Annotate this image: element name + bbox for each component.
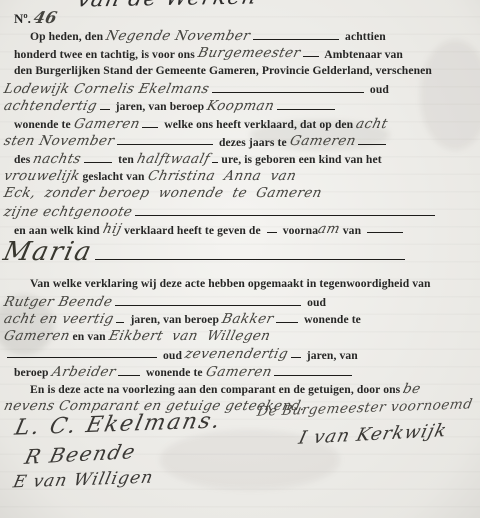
signature-burgemeester: I van Kerkwijk [297, 420, 450, 449]
handwritten-text: am [316, 221, 342, 239]
printed-text: jaren, van beroep [127, 313, 222, 326]
document-line: Eck, zonder beroep wonende te Gameren [0, 184, 480, 202]
blank-rule [358, 132, 386, 146]
document-line: beroep Arbeider wonende te Gameren [0, 362, 480, 380]
clipped-previous-entry-text: van de Werken [75, 0, 259, 13]
printed-text: den Burgerlijken Stand der Gemeente Game… [14, 64, 432, 77]
printed-text: van [340, 223, 364, 236]
document-line: Gameren en van Eikbert van Willegen [0, 327, 480, 345]
handwritten-text: Arbeider [50, 364, 117, 382]
blank-rule [135, 202, 435, 216]
printed-text: verklaard heeft te geven de [121, 223, 264, 236]
handwritten-text: Koopman [205, 98, 276, 116]
handwritten-text: zijne echtgenoote [2, 204, 134, 222]
handwritten-text: Gameren [288, 133, 358, 151]
handwritten-text: zevenendertig [183, 346, 290, 364]
signature-declarant: L. C. Ekelmans. [12, 408, 224, 440]
signature-witness-2: E van Willigen [11, 468, 155, 493]
blank-rule [118, 362, 140, 376]
handwritten-text: Eck, zonder beroep wonende te Gameren [2, 185, 324, 203]
printed-text: geslacht van [79, 170, 147, 183]
handwritten-text: Christina Anna van [146, 168, 298, 186]
blank-rule [115, 292, 301, 306]
handwritten-text: Rutger Beende [2, 294, 114, 312]
document-line: achtendertig jaren, van beroep Koopman [0, 96, 480, 114]
printed-text: voorna [280, 223, 318, 236]
blank-rule [303, 44, 319, 58]
blank-rule [142, 114, 158, 128]
blank-rule [367, 220, 403, 234]
printed-text: En is deze acte na voorlezing aan den co… [30, 383, 403, 396]
document-line: Maria [0, 237, 480, 267]
handwritten-text: Gameren [72, 116, 142, 134]
document-line: acht en veertig jaren, van beroep Bakker… [0, 309, 480, 327]
blank-rule [84, 149, 112, 163]
printed-text: dezes jaars te [216, 135, 290, 148]
printed-text: beroep [14, 366, 52, 379]
handwritten-text: nachts [31, 151, 83, 169]
document-line: wonende te Gameren welke ons heeft verkl… [0, 114, 480, 132]
handwritten-text: hij [101, 221, 123, 239]
document-line: vrouwelijk geslacht van Christina Anna v… [0, 167, 480, 185]
printed-text: en aan welk kind [14, 223, 103, 236]
handwritten-text: sten November [2, 133, 116, 151]
printed-text: Op heden, den [30, 30, 106, 43]
blank-rule [276, 309, 298, 323]
printed-text: honderd twee en tachtig, is voor ons [14, 47, 198, 60]
printed-text: welke ons heeft verklaard, dat op den [161, 118, 356, 131]
handwritten-text: Eikbert van Willegen [107, 328, 272, 346]
blank-rule [95, 246, 405, 260]
printed-text: oud [160, 348, 185, 361]
blank-rule [253, 26, 339, 40]
document-line: den Burgerlijken Stand der Gemeente Game… [0, 61, 480, 79]
act-number-value: 46 [32, 8, 59, 27]
blank-rule [117, 132, 213, 146]
printed-text: Van welke verklaring wij deze acte hebbe… [30, 277, 431, 290]
handwritten-text: halftwaalf [135, 151, 212, 169]
blank-rule [212, 149, 218, 163]
signature-witness-1: R Beende [22, 439, 138, 469]
printed-text: achttien [342, 30, 386, 43]
handwritten-text: Gameren [204, 364, 274, 382]
handwritten-text: Maria [1, 237, 96, 267]
printed-text: wonende te [143, 366, 206, 379]
handwritten-text: Negende November [104, 28, 252, 46]
document-line: Van welke verklaring wij deze acte hebbe… [0, 274, 480, 292]
blank-rule [116, 309, 124, 323]
document-line: Op heden, den Negende November achttien [0, 26, 480, 44]
blank-rule [291, 345, 301, 359]
document-line: Rutger Beende oud [0, 292, 480, 310]
signature-block: De Burgemeester voornoemd L. C. Ekelmans… [0, 398, 480, 518]
document-line: des nachts ten halftwaalfure, is geboren… [0, 149, 480, 167]
act-number-label: Nº. [14, 11, 31, 26]
printed-text: oud [367, 83, 389, 96]
printed-text: wonende te [14, 118, 74, 131]
handwritten-text: be [401, 381, 422, 399]
blank-rule [277, 96, 335, 110]
document-line: sten November dezes jaars te Gameren [0, 132, 480, 150]
handwritten-text: Lodewijk Cornelis Ekelmans [2, 81, 211, 99]
handwritten-text: acht en veertig [2, 311, 116, 329]
blank-rule [274, 362, 352, 376]
handwritten-text: Bakker [220, 311, 275, 329]
blank-rule [212, 79, 364, 93]
printed-text: ure, is geboren een kind van het [221, 153, 381, 166]
document-lines: Op heden, den Negende November achttienh… [0, 26, 480, 415]
handwritten-text: Gameren [2, 328, 72, 346]
burgemeester-title: De Burgemeester voornoemd [256, 396, 474, 419]
printed-text: oud [304, 296, 326, 309]
printed-text: en van [70, 330, 109, 343]
handwritten-text: acht [354, 116, 389, 134]
printed-text: Ambtenaar van [322, 47, 403, 60]
scanned-birth-certificate: { "document": { "type": "Dutch birth cer… [0, 0, 480, 518]
printed-text: ten [115, 153, 137, 166]
document-line: zijne echtgenoote [0, 202, 480, 220]
act-number: Nº. 46 [14, 8, 57, 27]
blank-rule [267, 220, 277, 234]
blank-rule [7, 345, 157, 359]
handwritten-text: vrouwelijk [2, 168, 82, 186]
printed-text: des [14, 153, 33, 166]
printed-text: jaren, van beroep [113, 100, 208, 113]
printed-text: jaren, van [304, 348, 358, 361]
handwritten-text: achtendertig [2, 98, 99, 116]
document-line: En is deze acte na voorlezing aan den co… [0, 380, 480, 398]
document-line: oud zevenendertig jaren, van [0, 345, 480, 363]
handwritten-text: Burgemeester [196, 45, 302, 63]
document-line: honderd twee en tachtig, is voor ons Bur… [0, 44, 480, 62]
printed-text: wonende te [301, 313, 361, 326]
document-line: en aan welk kind hij verklaard heeft te … [0, 220, 480, 238]
document-line: Lodewijk Cornelis Ekelmans oud [0, 79, 480, 97]
